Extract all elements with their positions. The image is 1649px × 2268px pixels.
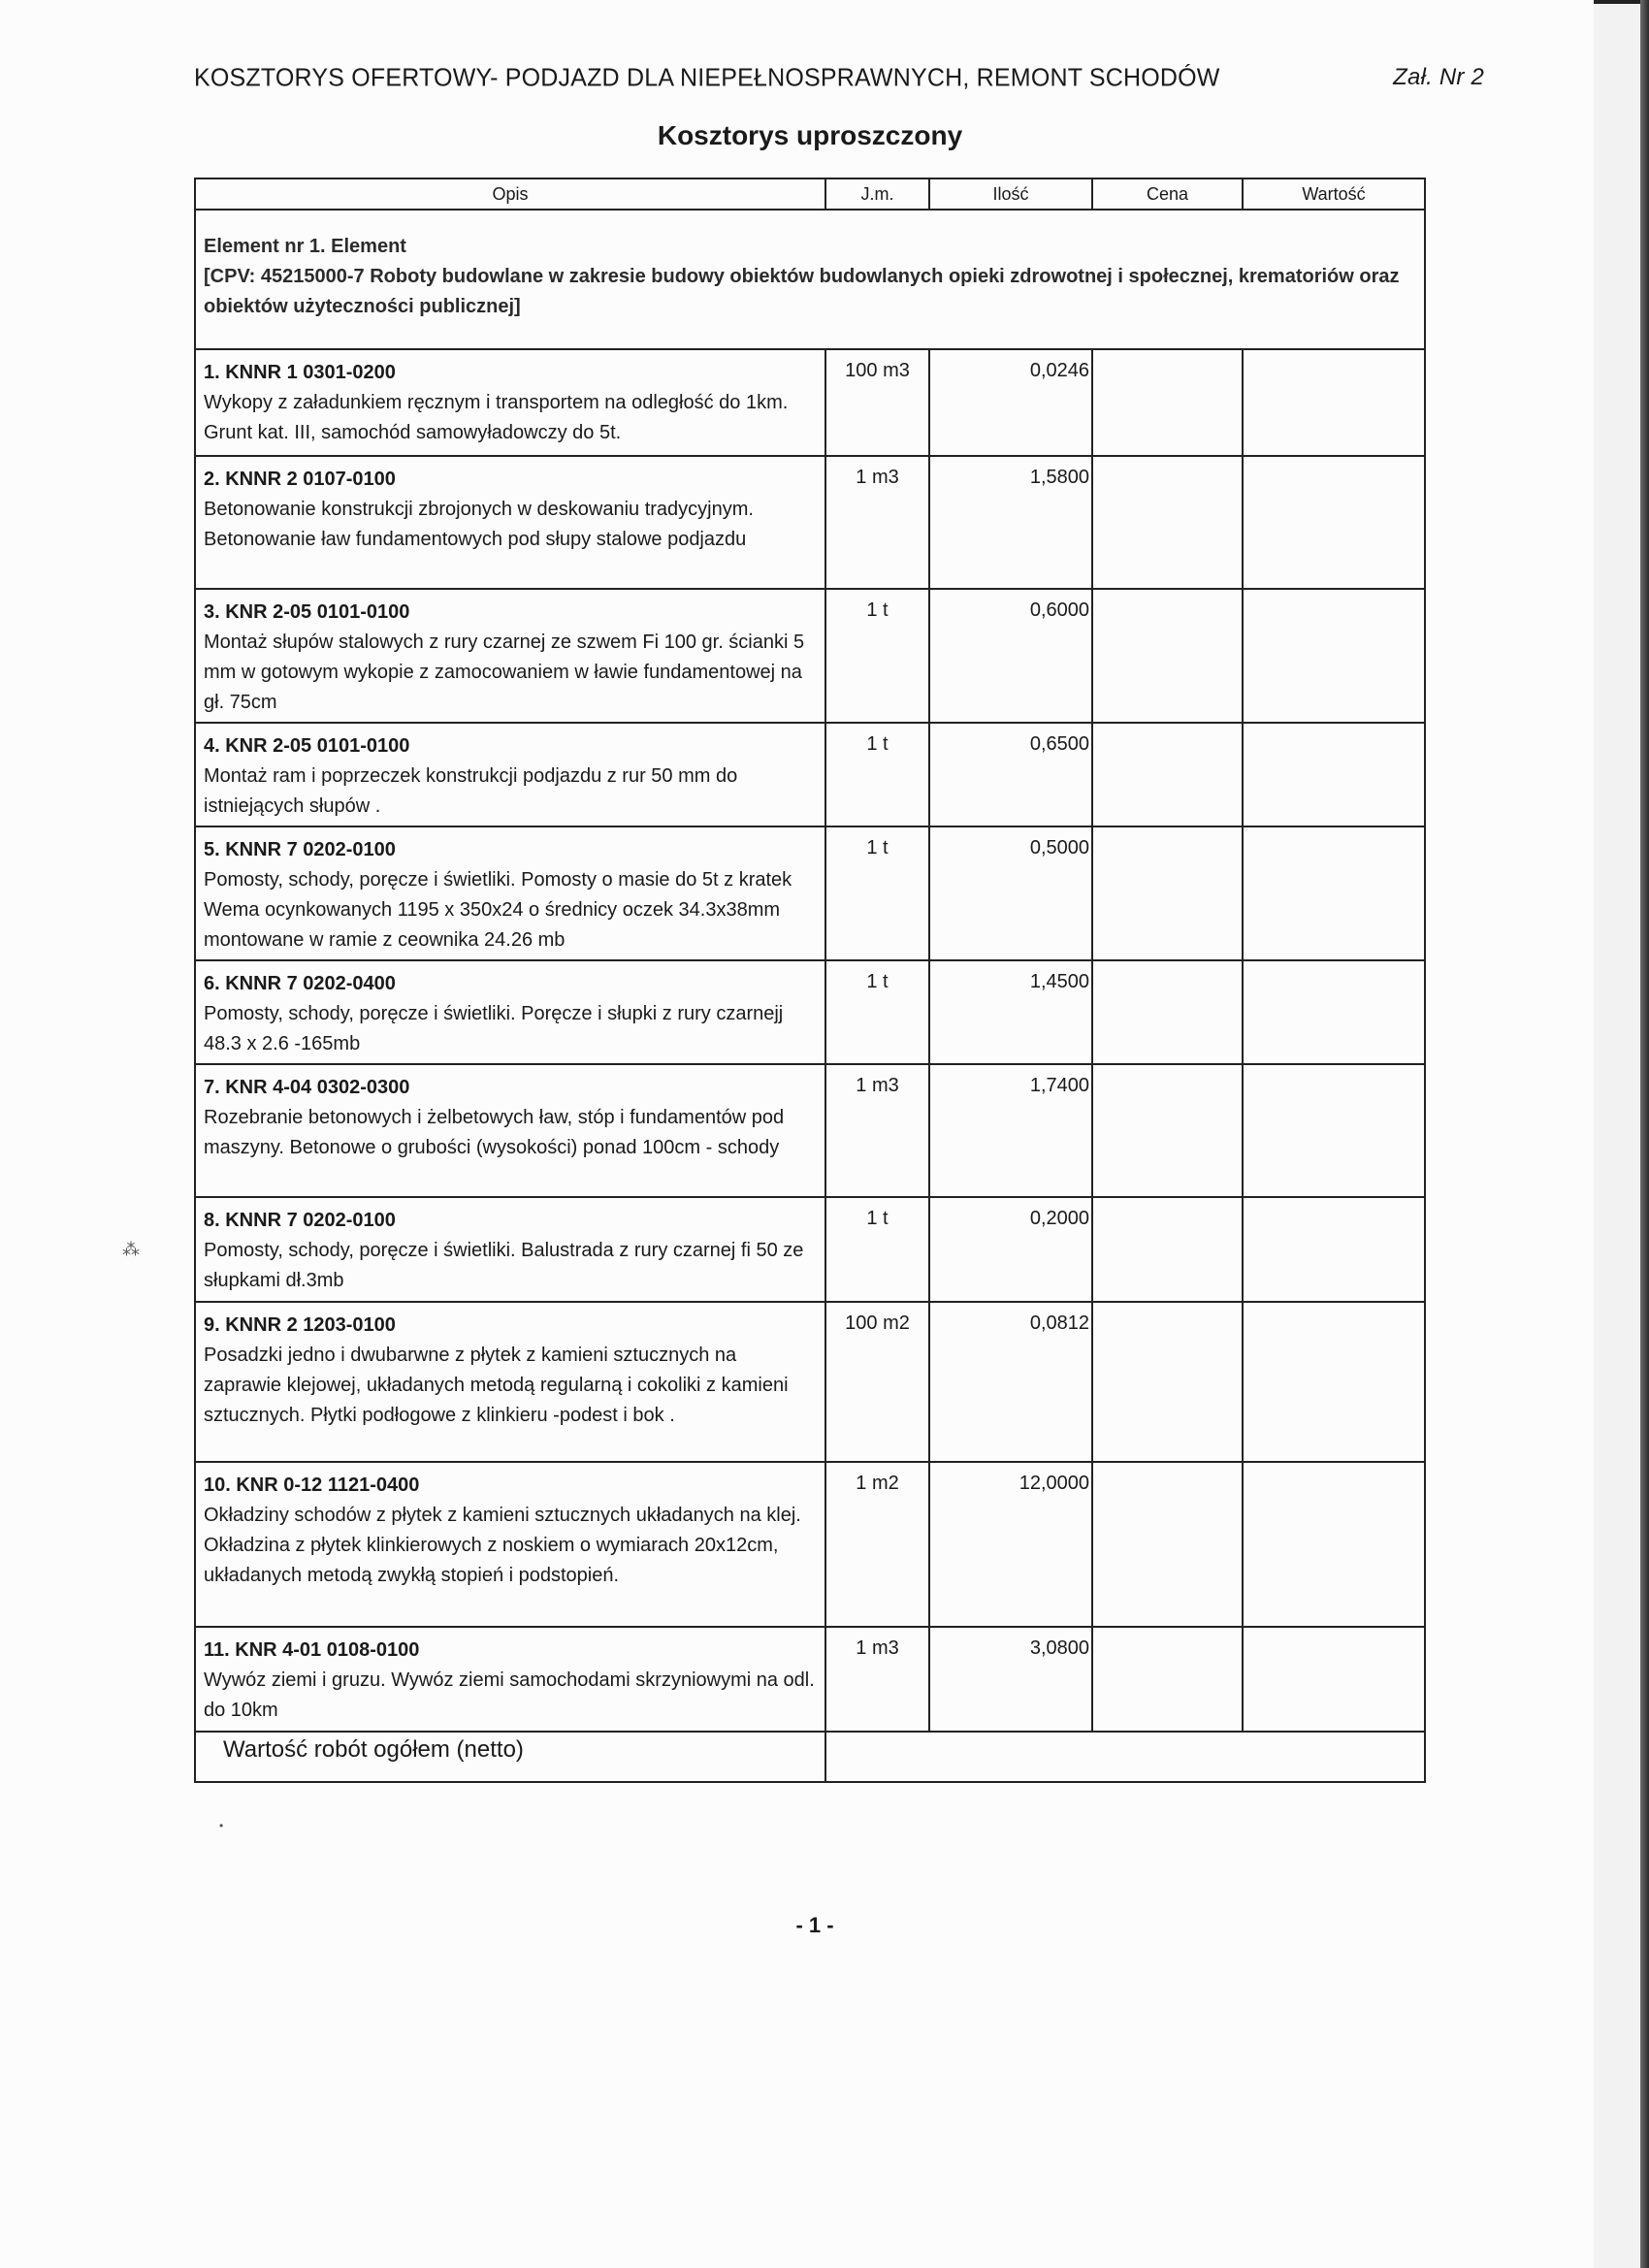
item-code: 11. KNR 4-01 0108-0100 xyxy=(204,1636,819,1666)
item-value[interactable] xyxy=(1243,456,1425,589)
total-value[interactable] xyxy=(825,1732,1425,1782)
table-row: 11. KNR 4-01 0108-0100Wywóz ziemi i gruz… xyxy=(195,1627,1425,1732)
document-page: KOSZTORYS OFERTOWY- PODJAZD DLA NIEPEŁNO… xyxy=(0,0,1594,2268)
scan-speck-icon: • xyxy=(219,1819,223,1832)
item-unit: 1 t xyxy=(825,589,929,723)
item-quantity: 0,0246 xyxy=(929,349,1092,456)
item-unit: 1 t xyxy=(825,1197,929,1302)
item-value[interactable] xyxy=(1243,960,1425,1064)
table-row: 7. KNR 4-04 0302-0300Rozebranie betonowy… xyxy=(195,1064,1425,1197)
item-unit: 100 m3 xyxy=(825,349,929,456)
table-row: 5. KNNR 7 0202-0100Pomosty, schody, porę… xyxy=(195,826,1425,960)
item-value[interactable] xyxy=(1243,1064,1425,1197)
column-header-description: Opis xyxy=(195,178,825,210)
table-header-row: Opis J.m. Ilość Cena Wartość xyxy=(195,178,1425,210)
table-row: 10. KNR 0-12 1121-0400Okładziny schodów … xyxy=(195,1462,1425,1627)
item-code: 7. KNR 4-04 0302-0300 xyxy=(204,1073,819,1103)
item-quantity: 0,0812 xyxy=(929,1302,1092,1462)
item-code: 8. KNNR 7 0202-0100 xyxy=(204,1206,819,1236)
item-description-cell: 5. KNNR 7 0202-0100Pomosty, schody, porę… xyxy=(195,826,825,960)
item-description: Wywóz ziemi i gruzu. Wywóz ziemi samocho… xyxy=(204,1669,815,1721)
item-description: Betonowanie konstrukcji zbrojonych w des… xyxy=(204,499,754,550)
item-unit: 1 m3 xyxy=(825,1064,929,1197)
cost-estimate-table: Opis J.m. Ilość Cena Wartość Element nr … xyxy=(194,178,1426,1783)
item-description: Okładziny schodów z płytek z kamieni szt… xyxy=(204,1505,801,1586)
annex-label: Zał. Nr 2 xyxy=(1393,64,1484,91)
scan-smudge-icon: ⁂ xyxy=(122,1240,140,1260)
item-quantity: 0,5000 xyxy=(929,826,1092,960)
page-number: - 1 - xyxy=(0,1913,1630,1938)
item-price[interactable] xyxy=(1092,1064,1243,1197)
item-description: Pomosty, schody, poręcze i świetliki. Ba… xyxy=(204,1240,803,1291)
item-price[interactable] xyxy=(1092,589,1243,723)
item-description-cell: 8. KNNR 7 0202-0100Pomosty, schody, porę… xyxy=(195,1197,825,1302)
item-description-cell: 3. KNR 2-05 0101-0100Montaż słupów stalo… xyxy=(195,589,825,723)
item-unit: 1 m3 xyxy=(825,1627,929,1732)
item-description: Posadzki jedno i dwubarwne z płytek z ka… xyxy=(204,1345,789,1426)
item-value[interactable] xyxy=(1243,1197,1425,1302)
item-price[interactable] xyxy=(1092,1627,1243,1732)
item-quantity: 1,7400 xyxy=(929,1064,1092,1197)
total-row: Wartość robót ogółem (netto) xyxy=(195,1732,1425,1782)
item-unit: 1 t xyxy=(825,960,929,1064)
column-header-value: Wartość xyxy=(1243,178,1425,210)
item-value[interactable] xyxy=(1243,1627,1425,1732)
column-header-quantity: Ilość xyxy=(929,178,1092,210)
item-code: 3. KNR 2-05 0101-0100 xyxy=(204,598,819,628)
item-code: 9. KNNR 2 1203-0100 xyxy=(204,1311,819,1341)
item-code: 4. KNR 2-05 0101-0100 xyxy=(204,731,819,761)
item-value[interactable] xyxy=(1243,1462,1425,1627)
document-header: KOSZTORYS OFERTOWY- PODJAZD DLA NIEPEŁNO… xyxy=(194,64,1484,103)
item-unit: 1 t xyxy=(825,826,929,960)
document-title: KOSZTORYS OFERTOWY- PODJAZD DLA NIEPEŁNO… xyxy=(194,63,1220,92)
item-price[interactable] xyxy=(1092,960,1243,1064)
table-row: 6. KNNR 7 0202-0400Pomosty, schody, porę… xyxy=(195,960,1425,1064)
item-description: Montaż słupów stalowych z rury czarnej z… xyxy=(204,632,804,713)
item-description: Pomosty, schody, poręcze i świetliki. Po… xyxy=(204,869,792,951)
item-code: 6. KNNR 7 0202-0400 xyxy=(204,969,819,999)
item-value[interactable] xyxy=(1243,589,1425,723)
table-row: 4. KNR 2-05 0101-0100Montaż ram i poprze… xyxy=(195,723,1425,826)
item-price[interactable] xyxy=(1092,826,1243,960)
item-value[interactable] xyxy=(1243,1302,1425,1462)
item-price[interactable] xyxy=(1092,1462,1243,1627)
item-unit: 1 m3 xyxy=(825,456,929,589)
item-quantity: 0,6000 xyxy=(929,589,1092,723)
column-header-unit: J.m. xyxy=(825,178,929,210)
item-price[interactable] xyxy=(1092,723,1243,826)
item-description: Montaż ram i poprzeczek konstrukcji podj… xyxy=(204,765,737,817)
item-description: Wykopy z załadunkiem ręcznym i transport… xyxy=(204,392,788,443)
element-header-row: Element nr 1. Element [CPV: 45215000-7 R… xyxy=(195,210,1425,349)
item-quantity: 0,2000 xyxy=(929,1197,1092,1302)
column-header-price: Cena xyxy=(1092,178,1243,210)
element-title: Element nr 1. Element xyxy=(204,232,1418,262)
item-unit: 1 t xyxy=(825,723,929,826)
item-quantity: 1,5800 xyxy=(929,456,1092,589)
item-quantity: 1,4500 xyxy=(929,960,1092,1064)
item-price[interactable] xyxy=(1092,1197,1243,1302)
estimate-subtitle: Kosztorys uproszczony xyxy=(0,120,1620,151)
item-price[interactable] xyxy=(1092,349,1243,456)
scanner-edge xyxy=(1594,0,1649,2268)
table-row: 8. KNNR 7 0202-0100Pomosty, schody, porę… xyxy=(195,1197,1425,1302)
item-code: 1. KNNR 1 0301-0200 xyxy=(204,358,819,388)
item-description-cell: 10. KNR 0-12 1121-0400Okładziny schodów … xyxy=(195,1462,825,1627)
item-description-cell: 7. KNR 4-04 0302-0300Rozebranie betonowy… xyxy=(195,1064,825,1197)
item-quantity: 0,6500 xyxy=(929,723,1092,826)
item-description: Rozebranie betonowych i żelbetowych ław,… xyxy=(204,1107,784,1158)
item-unit: 100 m2 xyxy=(825,1302,929,1462)
item-value[interactable] xyxy=(1243,349,1425,456)
item-price[interactable] xyxy=(1092,1302,1243,1462)
item-description-cell: 6. KNNR 7 0202-0400Pomosty, schody, porę… xyxy=(195,960,825,1064)
table-row: 3. KNR 2-05 0101-0100Montaż słupów stalo… xyxy=(195,589,1425,723)
item-description-cell: 11. KNR 4-01 0108-0100Wywóz ziemi i gruz… xyxy=(195,1627,825,1732)
item-description: Pomosty, schody, poręcze i świetliki. Po… xyxy=(204,1003,783,1054)
table-row: 1. KNNR 1 0301-0200Wykopy z załadunkiem … xyxy=(195,349,1425,456)
item-price[interactable] xyxy=(1092,456,1243,589)
item-description-cell: 1. KNNR 1 0301-0200Wykopy z załadunkiem … xyxy=(195,349,825,456)
item-value[interactable] xyxy=(1243,826,1425,960)
item-code: 2. KNNR 2 0107-0100 xyxy=(204,465,819,495)
table-row: 2. KNNR 2 0107-0100Betonowanie konstrukc… xyxy=(195,456,1425,589)
item-unit: 1 m2 xyxy=(825,1462,929,1627)
item-code: 5. KNNR 7 0202-0100 xyxy=(204,835,819,865)
element-cpv: [CPV: 45215000-7 Roboty budowlane w zakr… xyxy=(204,262,1418,322)
item-description-cell: 4. KNR 2-05 0101-0100Montaż ram i poprze… xyxy=(195,723,825,826)
item-description-cell: 2. KNNR 2 0107-0100Betonowanie konstrukc… xyxy=(195,456,825,589)
element-header-cell: Element nr 1. Element [CPV: 45215000-7 R… xyxy=(195,210,1425,349)
item-quantity: 12,0000 xyxy=(929,1462,1092,1627)
table-row: 9. KNNR 2 1203-0100Posadzki jedno i dwub… xyxy=(195,1302,1425,1462)
item-code: 10. KNR 0-12 1121-0400 xyxy=(204,1471,819,1501)
total-label: Wartość robót ogółem (netto) xyxy=(195,1732,825,1782)
item-quantity: 3,0800 xyxy=(929,1627,1092,1732)
item-value[interactable] xyxy=(1243,723,1425,826)
item-description-cell: 9. KNNR 2 1203-0100Posadzki jedno i dwub… xyxy=(195,1302,825,1462)
